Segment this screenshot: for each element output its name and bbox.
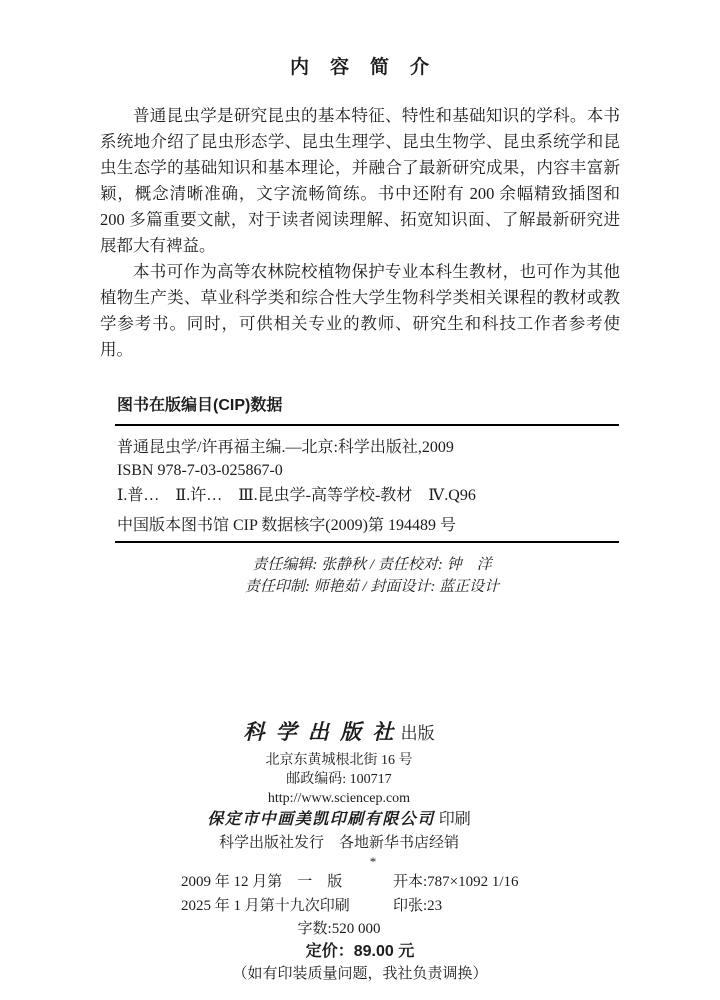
publisher-postcode: 邮政编码: 100717 [0,770,699,789]
printer-line: 保定市中画美凯印刷有限公司 印刷 [0,808,699,832]
printing-date: 2025 年 1 月第十九次印刷 [181,894,393,918]
distribution-line: 科学出版社发行 各地新华书店经销 [0,832,699,854]
staff-credits: 责任编辑: 张静秋 / 责任校对: 钟 洋 责任印制: 师艳茹 / 封面设计: … [0,554,720,598]
cip-record-line: 中国版本图书馆 CIP 数据核字(2009)第 194489 号 [115,515,619,537]
publisher-url: http://www.sciencep.com [0,789,699,808]
credits-line-printing: 责任印制: 师艳茹 / 封面设计: 蓝正设计 [24,576,720,598]
printer-suffix: 印刷 [435,811,471,828]
summary-paragraph-2: 本书可作为高等农林院校植物保护专业本科生教材，也可作为其他植物生产类、草业科学类… [100,259,620,363]
colophon-section: 科 学 出 版 社 出版 北京东黄城根北街 16 号 邮政编码: 100717 … [0,718,720,985]
printing-line: 2025 年 1 月第十九次印刷印张:23 [181,894,497,918]
cip-divider-top [115,424,619,426]
price-line: 定价：89.00 元 [0,940,720,963]
content-summary-title: 内 容 简 介 [0,0,720,81]
publisher-logotype: 科 学 出 版 社 [243,720,396,744]
book-copyright-page: 内 容 简 介 普通昆虫学是研究昆虫的基本特征、特性和基础知识的学科。本书系统地… [0,0,720,1000]
cip-divider-bottom [115,541,619,543]
cip-isbn-line: ISBN 978-7-03-025867-0 [115,460,619,482]
edition-line: 2009 年 12 月第 一 版开本:787×1092 1/16 [181,870,497,894]
summary-paragraph-1: 普通昆虫学是研究昆虫的基本特征、特性和基础知识的学科。本书系统地介绍了昆虫形态学… [100,103,620,259]
publisher-suffix: 出版 [396,724,434,743]
cip-book-line: 普通昆虫学/许再福主编.—北京:科学出版社,2009 [115,437,619,459]
content-summary-section: 普通昆虫学是研究昆虫的基本特征、特性和基础知识的学科。本书系统地介绍了昆虫形态学… [100,103,620,363]
printer-logotype: 保定市中画美凯印刷有限公司 [207,811,435,828]
printing-sheets: 印张:23 [393,898,442,914]
asterisk-separator: * [13,854,720,870]
credits-line-editor: 责任编辑: 张静秋 / 责任校对: 钟 洋 [24,554,720,576]
edition-format: 开本:787×1092 1/16 [393,874,519,890]
cip-data-section: 图书在版编目(CIP)数据 普通昆虫学/许再福主编.—北京:科学出版社,2009… [115,395,619,543]
cip-classification-line: Ⅰ.普… Ⅱ.许… Ⅲ.昆虫学-高等学校-教材 Ⅳ.Q96 [115,485,619,507]
word-count-line: 字数:520 000 [0,918,699,940]
colophon-main-block: 科 学 出 版 社 出版 北京东黄城根北街 16 号 邮政编码: 100717 … [0,718,699,940]
cip-header: 图书在版编目(CIP)数据 [115,395,619,417]
edition-block: 2009 年 12 月第 一 版开本:787×1092 1/16 2025 年 … [181,870,497,918]
publisher-line: 科 学 出 版 社 出版 [0,718,699,749]
edition-date: 2009 年 12 月第 一 版 [181,870,393,894]
publisher-address: 北京东黄城根北街 16 号 [0,751,699,770]
quality-notice: （如有印装质量问题，我社负责调换） [0,963,720,985]
